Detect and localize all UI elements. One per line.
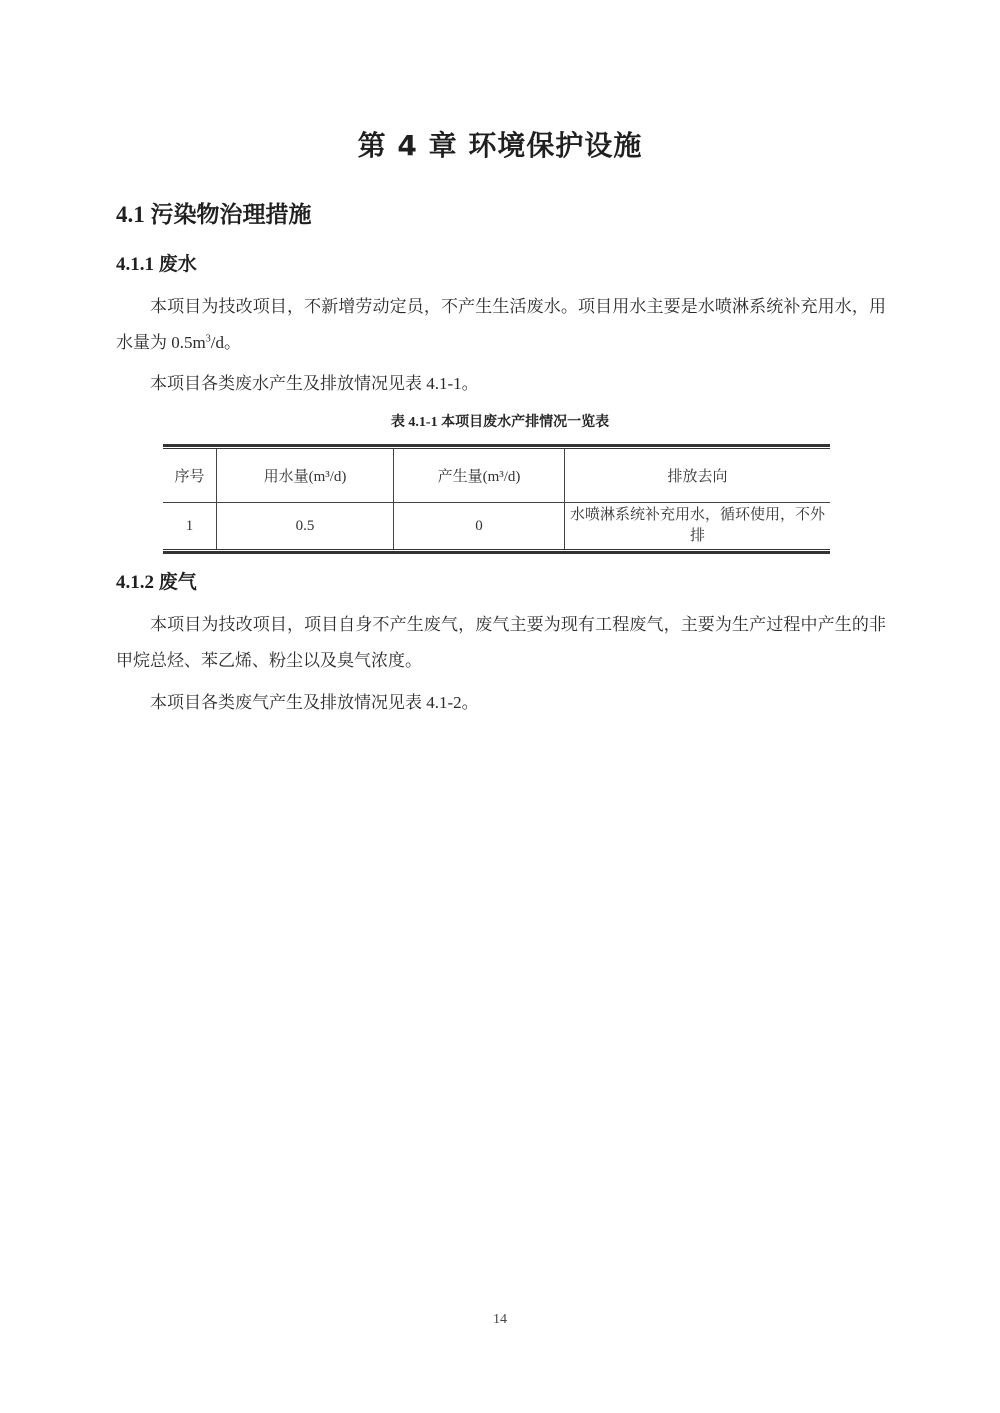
table-bottom-rule	[163, 549, 830, 554]
cell-discharge-destination: 水喷淋系统补充用水，循环使用，不外排	[565, 503, 831, 550]
cell-generation: 0	[394, 503, 565, 550]
page-number: 14	[0, 1312, 1000, 1328]
exhaust-paragraph-2: 本项目各类废气产生及排放情况见表 4.1-2。	[116, 685, 886, 721]
wastewater-paragraph-1-unit: /d。	[211, 333, 241, 352]
section-heading-4-1-2: 4.1.2 废气	[116, 567, 197, 594]
section-heading-4-1-1: 4.1.1 废水	[116, 249, 197, 276]
wastewater-paragraph-2: 本项目各类废水产生及排放情况见表 4.1-1。	[116, 366, 886, 402]
header-discharge-destination: 排放去向	[565, 449, 831, 503]
chapter-title: 第 4 章 环境保护设施	[0, 124, 1000, 164]
table-caption: 表 4.1-1 本项目废水产排情况一览表	[0, 411, 1000, 431]
header-seq: 序号	[163, 449, 217, 503]
cell-seq: 1	[163, 503, 217, 550]
cell-water-use: 0.5	[217, 503, 394, 550]
section-heading-4-1: 4.1 污染物治理措施	[116, 196, 312, 229]
exhaust-paragraph-1: 本项目为技改项目，项目自身不产生废气，废气主要为现有工程废气，主要为生产过程中产…	[116, 607, 886, 679]
header-water-use: 用水量(m³/d)	[217, 449, 394, 503]
wastewater-table: 序号 用水量(m³/d) 产生量(m³/d) 排放去向 1 0.5 0 水喷淋系…	[163, 444, 830, 554]
wastewater-paragraph-1: 本项目为技改项目，不新增劳动定员，不产生生活废水。项目用水主要是水喷淋系统补充用…	[116, 289, 886, 361]
header-generation: 产生量(m³/d)	[394, 449, 565, 503]
table-row: 1 0.5 0 水喷淋系统补充用水，循环使用，不外排	[163, 503, 830, 550]
table-header-row: 序号 用水量(m³/d) 产生量(m³/d) 排放去向	[163, 449, 830, 503]
